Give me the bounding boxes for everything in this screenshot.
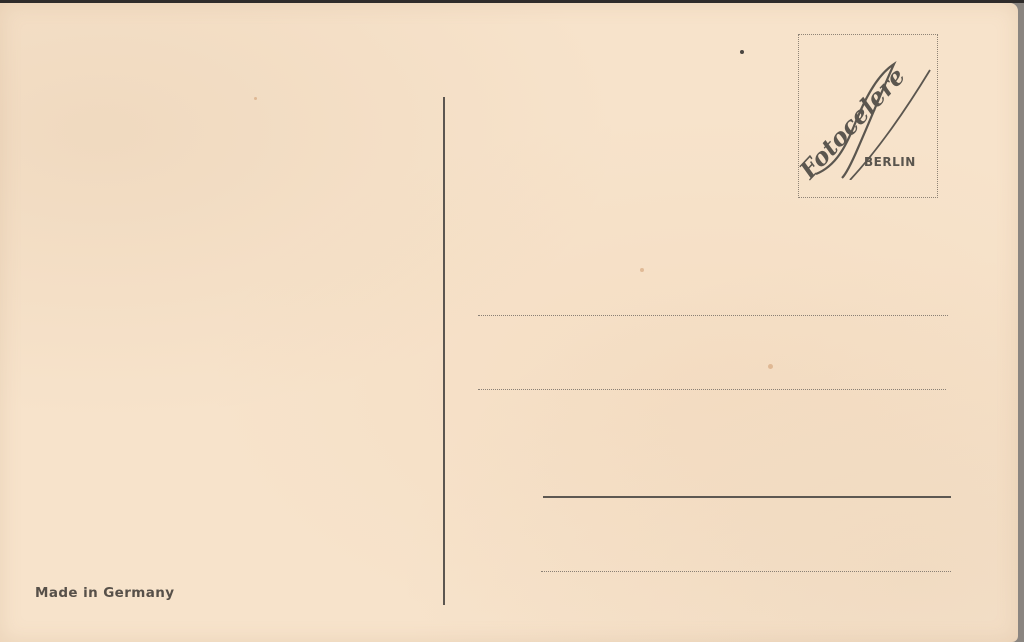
made-in-germany-label: Made in Germany (35, 585, 174, 601)
foxing-spot (254, 97, 257, 100)
publisher-city: BERLIN (864, 155, 916, 169)
foxing-spot (640, 268, 644, 272)
address-line-3 (543, 496, 951, 498)
address-line-4 (541, 571, 951, 572)
address-line-2 (478, 389, 946, 390)
center-divider-line (443, 97, 445, 605)
foxing-spot (768, 364, 773, 369)
address-line-1 (478, 315, 948, 316)
ink-speck (740, 50, 744, 54)
